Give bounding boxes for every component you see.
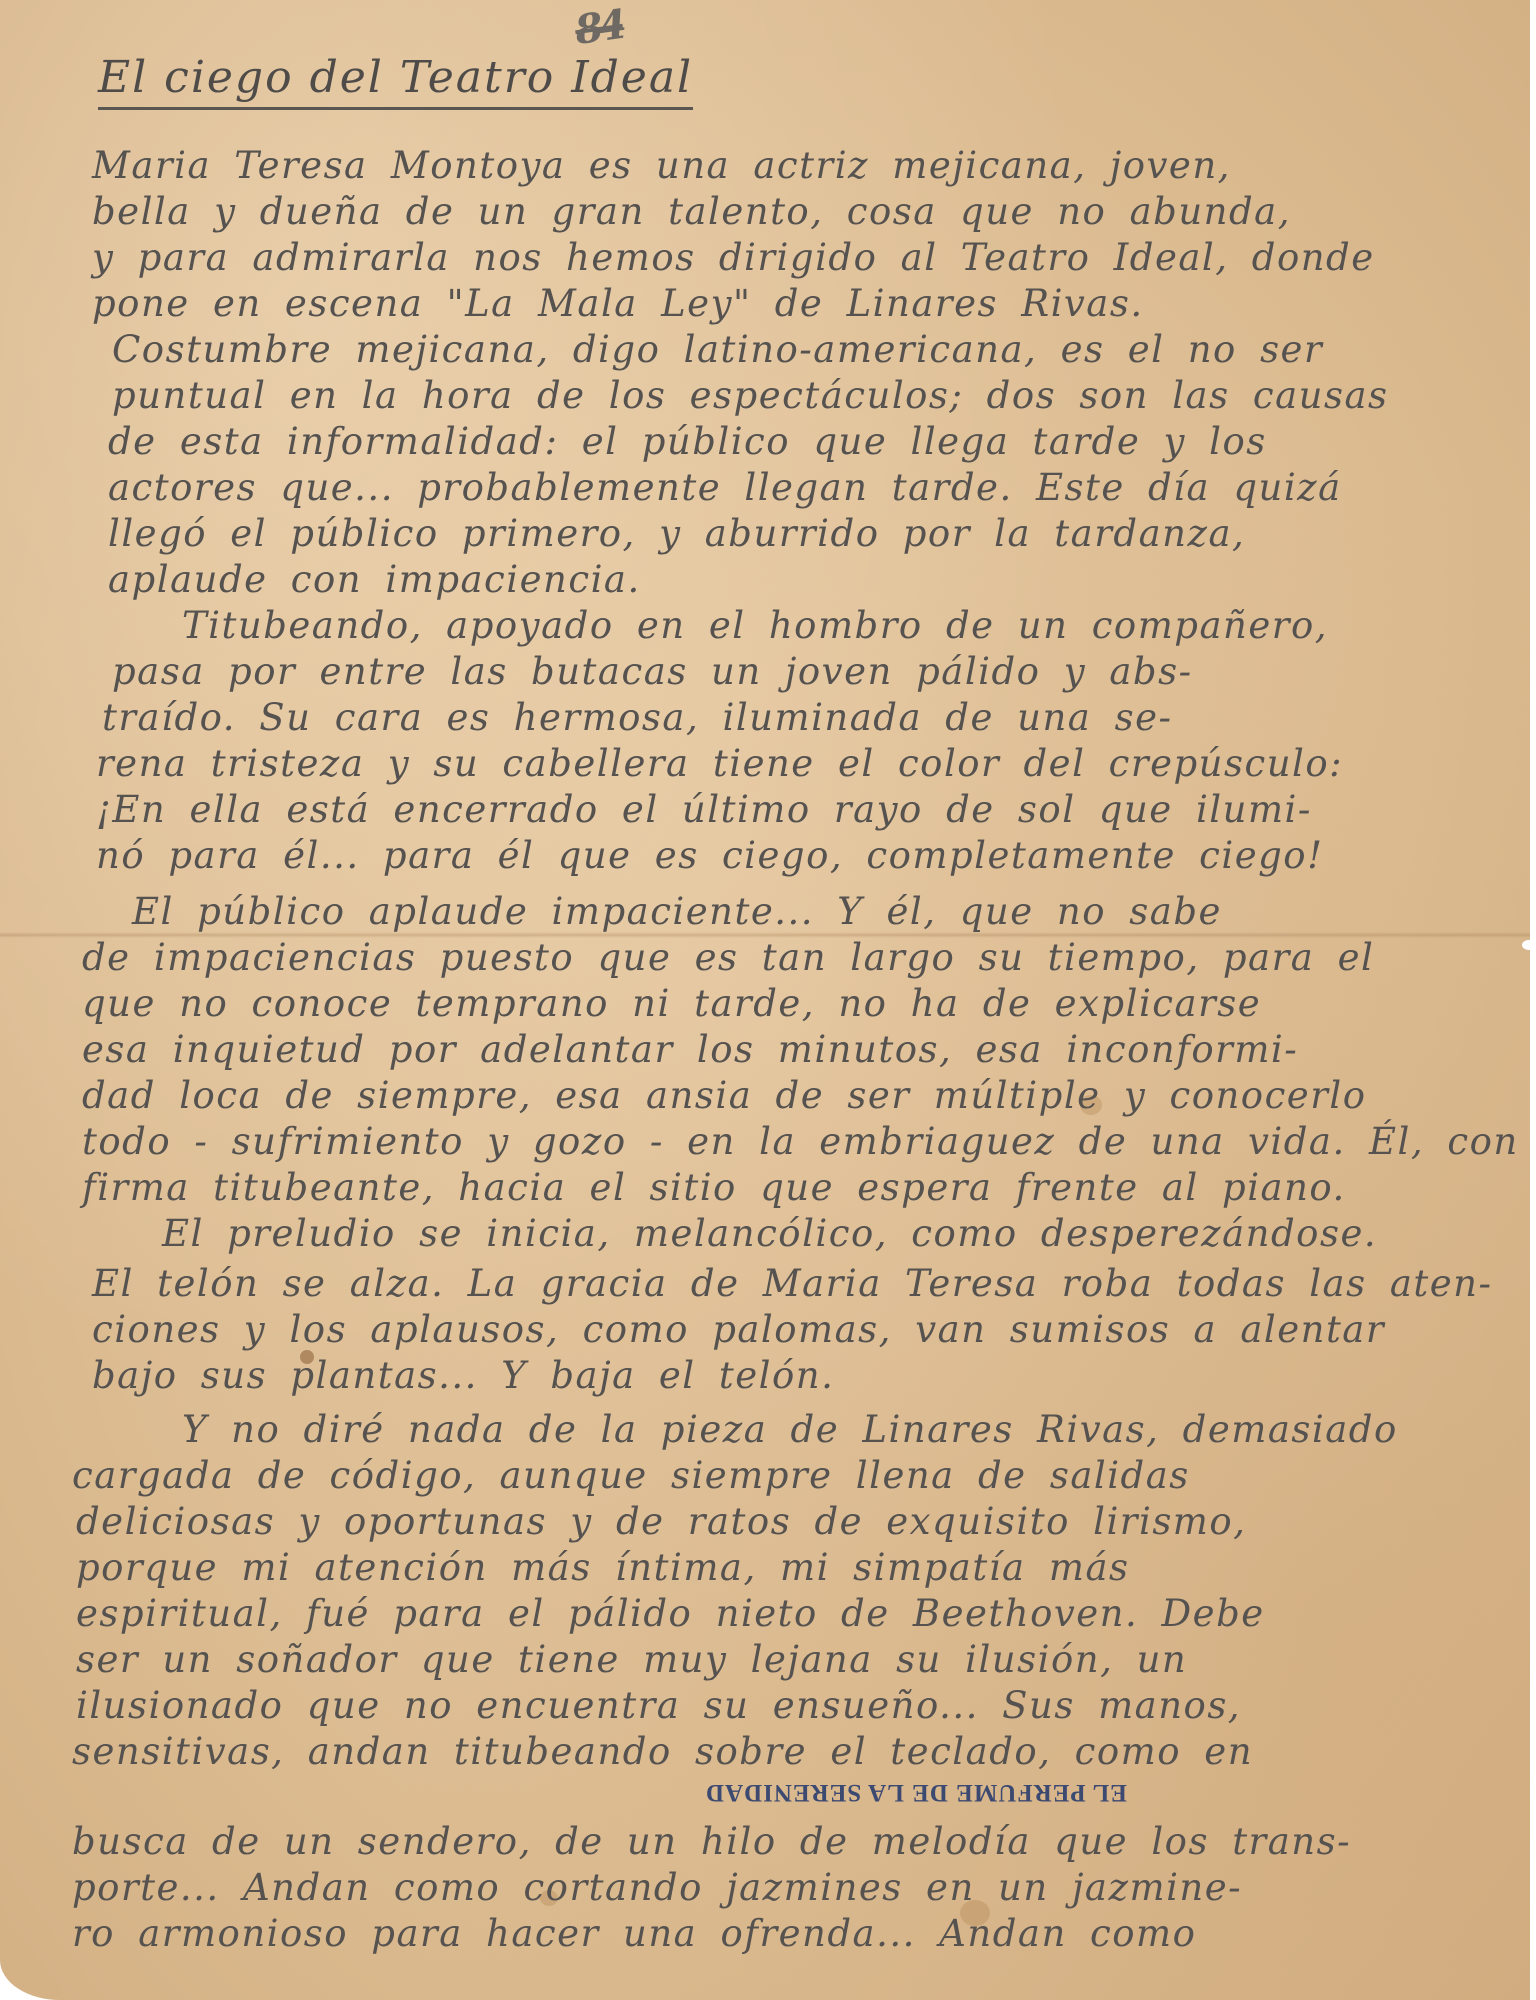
text-line: que no conoce temprano ni tarde, no ha d… xyxy=(82,982,1261,1025)
text-line: espiritual, fué para el pálido nieto de … xyxy=(76,1592,1265,1635)
text-line: ro armonioso para hacer una ofrenda... A… xyxy=(72,1912,1196,1955)
page-title: El ciego del Teatro Ideal xyxy=(98,52,693,110)
text-line: porque mi atención más íntima, mi simpat… xyxy=(76,1546,1130,1589)
ink-stamp: EL PERFUME DE LA SERENIDAD xyxy=(705,1778,1127,1806)
text-line: y para admirarla nos hemos dirigido al T… xyxy=(92,236,1375,279)
text-line: nó para él... para él que es ciego, comp… xyxy=(96,834,1323,877)
text-line: pone en escena "La Mala Ley" de Linares … xyxy=(92,282,1144,325)
text-line: ilusionado que no encuentra su ensueño..… xyxy=(76,1684,1241,1727)
text-line: bajo sus plantas... Y baja el telón. xyxy=(92,1354,834,1397)
page-number-mark: 84 xyxy=(572,1,626,54)
text-line: firma titubeante, hacia el sitio que esp… xyxy=(82,1166,1346,1209)
text-line: actores que... probablemente llegan tard… xyxy=(108,466,1342,509)
text-line: pasa por entre las butacas un joven páli… xyxy=(112,650,1193,693)
text-line: rena tristeza y su cabellera tiene el co… xyxy=(96,742,1343,785)
text-line: cargada de código, aunque siempre llena … xyxy=(72,1454,1190,1497)
text-line: todo - sufrimiento y gozo - en la embria… xyxy=(82,1120,1519,1163)
text-line: llegó el público primero, y aburrido por… xyxy=(108,512,1245,555)
text-line: esa inquietud por adelantar los minutos,… xyxy=(82,1028,1298,1071)
text-line: Y no diré nada de la pieza de Linares Ri… xyxy=(182,1408,1398,1451)
text-line: ser un soñador que tiene muy lejana su i… xyxy=(76,1638,1187,1681)
text-line: Costumbre mejicana, digo latino-american… xyxy=(112,328,1323,371)
text-line: puntual en la hora de los espectáculos; … xyxy=(112,374,1389,417)
paper-tear xyxy=(1522,940,1536,950)
text-line: aplaude con impaciencia. xyxy=(108,558,641,601)
text-line: Titubeando, apoyado en el hombro de un c… xyxy=(182,604,1328,647)
text-line: de impaciencias puesto que es tan largo … xyxy=(82,936,1374,979)
manuscript-page: 84 El ciego del Teatro Ideal Maria Teres… xyxy=(0,0,1530,2000)
text-line: sensitivas, andan titubeando sobre el te… xyxy=(72,1730,1253,1773)
text-line: de esta informalidad: el público que lle… xyxy=(108,420,1267,463)
text-line: dad loca de siempre, esa ansia de ser mú… xyxy=(82,1074,1367,1117)
text-line: El público aplaude impaciente... Y él, q… xyxy=(132,890,1222,933)
scan-margin xyxy=(1530,0,1536,2000)
text-line: Maria Teresa Montoya es una actriz mejic… xyxy=(92,144,1231,187)
text-line: ¡En ella está encerrado el último rayo d… xyxy=(96,788,1312,831)
text-line: bella y dueña de un gran talento, cosa q… xyxy=(92,190,1291,233)
text-line: porte... Andan como cortando jazmines en… xyxy=(72,1866,1242,1909)
text-line: busca de un sendero, de un hilo de melod… xyxy=(72,1820,1351,1863)
text-line: traído. Su cara es hermosa, iluminada de… xyxy=(102,696,1173,739)
text-line: El telón se alza. La gracia de Maria Ter… xyxy=(92,1262,1493,1305)
text-line: ciones y los aplausos, como palomas, van… xyxy=(92,1308,1385,1351)
text-line: El preludio se inicia, melancólico, como… xyxy=(162,1212,1377,1255)
text-line: deliciosas y oportunas y de ratos de exq… xyxy=(76,1500,1246,1543)
